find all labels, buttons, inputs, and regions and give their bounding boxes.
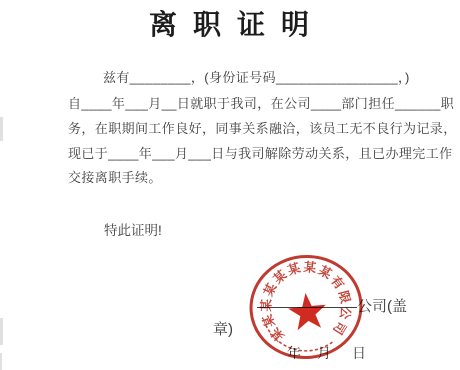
document-title: 离职证明 — [0, 3, 460, 43]
svg-text:司: 司 — [330, 319, 349, 337]
svg-text:某: 某 — [259, 312, 278, 330]
resignation-certificate-document: 离职证明 兹有________，(身份证号码________________，)… — [0, 0, 460, 370]
svg-text:某: 某 — [258, 298, 274, 313]
scan-artifact — [0, 318, 3, 345]
svg-text:有: 有 — [328, 273, 348, 292]
svg-text:某: 某 — [285, 260, 303, 279]
company-stamp-label-part2: 章) — [213, 318, 233, 339]
paragraph-line-3: 务，在职期间工作良好，同事关系融洽，该员工无不良行为记录， — [68, 118, 457, 137]
scan-artifact — [0, 353, 2, 370]
company-seal: 某某某某某某某某有限公司 — [245, 251, 370, 366]
svg-text:限: 限 — [336, 289, 353, 305]
svg-text:公: 公 — [337, 306, 353, 321]
paragraph-line-4: 现已于____年___月___日与我司解除劳动关系，且已办理完工作 — [68, 143, 453, 162]
seal-star-icon — [287, 291, 329, 331]
paragraph-line-5: 交接离职手续。 — [68, 167, 162, 186]
closing-statement: 特此证明! — [104, 219, 162, 239]
scan-artifact — [0, 117, 3, 141]
paragraph-line-2: 自____年___月__日就职于我司，在公司____部门担任______职 — [68, 93, 454, 112]
paragraph-line-1: 兹有________，(身份证号码________________，) — [103, 67, 410, 86]
svg-text:某: 某 — [302, 259, 317, 275]
